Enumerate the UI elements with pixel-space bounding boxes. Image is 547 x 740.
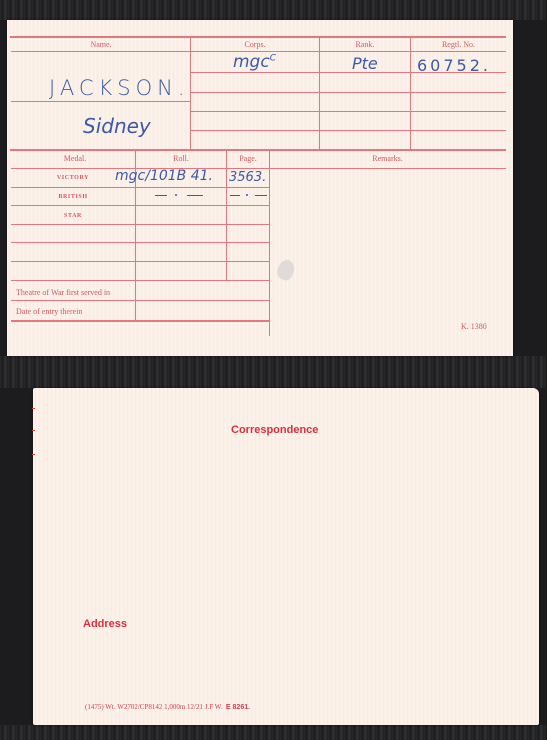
date-of-entry-label: Date of entry therein (16, 307, 82, 316)
corps-entry-superscript: C (270, 53, 276, 63)
medal-column-label: Medal. (11, 154, 139, 163)
printer-code-text: (1475) Wt. W2702/CP8142 1,000m 12/21 J.F… (85, 703, 222, 711)
ditto-dot (175, 194, 177, 196)
ditto-dash (255, 195, 267, 196)
rule (410, 37, 411, 149)
corps-label: Corps. (191, 40, 319, 49)
ditto-dash (155, 195, 167, 196)
medal-index-card-back: Correspondence Address (1475) Wt. W2702/… (33, 388, 539, 725)
name-label: Name. (11, 40, 191, 49)
edge-tick (32, 454, 35, 455)
surname-entry: JACKSON. (49, 76, 190, 100)
ditto-dash (187, 195, 203, 196)
rule (11, 205, 269, 206)
rule (191, 130, 506, 131)
ditto-dash (230, 195, 240, 196)
rank-label: Rank. (320, 40, 410, 49)
rule (10, 149, 506, 151)
scanner-background-middle (0, 356, 547, 388)
theatre-of-war-label: Theatre of War first served in (16, 288, 110, 297)
printer-code-bold: E 8261. (226, 704, 250, 711)
rule (11, 187, 269, 188)
ditto-dot (246, 194, 248, 196)
medal-index-card-front: Name. Corps. Rank. Regtl. No. JACKSON. S… (7, 20, 513, 356)
scanner-background-bottom (0, 725, 547, 740)
rule (10, 36, 506, 38)
rule (191, 111, 506, 112)
edge-tick (32, 430, 35, 431)
rule (11, 242, 269, 243)
corps-entry-text: mgc (233, 52, 270, 72)
rule (190, 37, 191, 149)
regtl-no-label: Regtl. No. (411, 40, 506, 49)
form-code: K. 1380 (461, 322, 487, 331)
corps-entry: mgcC (233, 52, 276, 72)
embossed-stamp-mark (275, 258, 298, 283)
forename-entry: Sidney (83, 114, 151, 138)
medal-star-label: STAR (11, 213, 135, 219)
rule (11, 224, 269, 225)
rule (269, 150, 270, 336)
correspondence-heading: Correspondence (231, 424, 318, 436)
regtl-no-entry: 60752. (417, 56, 491, 75)
printer-code: (1475) Wt. W2702/CP8142 1,000m 12/21 J.F… (85, 703, 250, 711)
roll-column-label: Roll. (136, 154, 226, 163)
rule (11, 101, 191, 102)
page-column-label: Page. (227, 154, 269, 163)
rule (11, 300, 269, 301)
medal-british-label: BRITISH (11, 194, 135, 200)
address-heading: Address (83, 618, 127, 630)
rule (11, 320, 269, 322)
rule (11, 168, 506, 169)
edge-tick (32, 408, 35, 409)
victory-page-entry: 3563. (229, 170, 266, 185)
scanner-background-top (0, 0, 547, 20)
rule (191, 92, 506, 93)
remarks-column-label: Remarks. (269, 154, 506, 163)
rank-entry: Pte (352, 54, 378, 73)
rule (11, 280, 269, 281)
rule (319, 37, 320, 149)
rule (11, 261, 269, 262)
victory-roll-entry: mgc/101B 41. (115, 168, 213, 184)
